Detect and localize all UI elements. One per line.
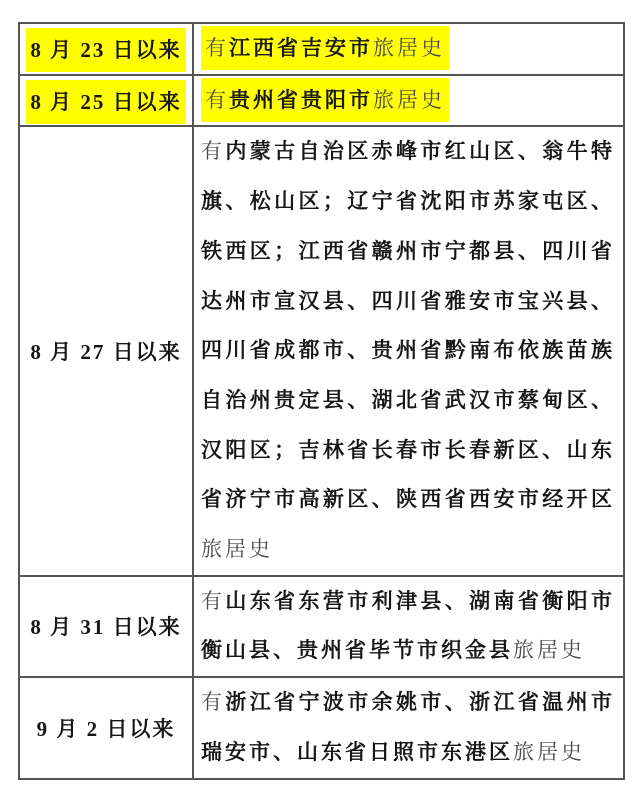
date-text: 8 月 27 日以来 <box>30 340 181 364</box>
history-suffix: 旅居史 <box>513 740 585 764</box>
history-text: 有浙江省宁波市余姚市、浙江省温州市瑞安市、山东省日照市东港区旅居史 <box>201 690 615 764</box>
history-prefix: 有 <box>201 589 225 613</box>
history-prefix: 有 <box>205 36 229 60</box>
history-cell: 有内蒙古自治区赤峰市红山区、翁牛特旗、松山区；辽宁省沈阳市苏家屯区、铁西区；江西… <box>193 126 624 575</box>
date-cell: 8 月 31 日以来 <box>19 576 193 677</box>
date-cell: 8 月 27 日以来 <box>19 126 193 575</box>
page: 8 月 23 日以来 有江西省吉安市旅居史 8 月 25 日以来 有贵州省贵阳市… <box>0 0 643 803</box>
history-suffix: 旅居史 <box>373 36 445 60</box>
table-row: 8 月 27 日以来 有内蒙古自治区赤峰市红山区、翁牛特旗、松山区；辽宁省沈阳市… <box>19 126 624 575</box>
date-cell: 8 月 25 日以来 <box>19 75 193 127</box>
history-cell: 有山东省东营市利津县、湖南省衡阳市衡山县、贵州省毕节市织金县旅居史 <box>193 576 624 677</box>
table-row: 8 月 25 日以来 有贵州省贵阳市旅居史 <box>19 75 624 127</box>
history-places: 内蒙古自治区赤峰市红山区、翁牛特旗、松山区；辽宁省沈阳市苏家屯区、铁西区；江西省… <box>201 139 615 511</box>
history-prefix: 有 <box>201 139 225 163</box>
date-text: 8 月 31 日以来 <box>30 615 181 639</box>
history-cell: 有贵州省贵阳市旅居史 <box>193 75 624 127</box>
history-cell: 有浙江省宁波市余姚市、浙江省温州市瑞安市、山东省日照市东港区旅居史 <box>193 677 624 778</box>
date-cell: 8 月 23 日以来 <box>19 23 193 75</box>
travel-history-table: 8 月 23 日以来 有江西省吉安市旅居史 8 月 25 日以来 有贵州省贵阳市… <box>18 22 625 780</box>
history-text: 有山东省东营市利津县、湖南省衡阳市衡山县、贵州省毕节市织金县旅居史 <box>201 589 615 663</box>
table-row: 8 月 31 日以来 有山东省东营市利津县、湖南省衡阳市衡山县、贵州省毕节市织金… <box>19 576 624 677</box>
date-text: 8 月 23 日以来 <box>26 28 185 72</box>
history-text: 有贵州省贵阳市旅居史 <box>201 78 449 122</box>
history-places: 贵州省贵阳市 <box>229 88 373 112</box>
date-cell: 9 月 2 日以来 <box>19 677 193 778</box>
date-text: 9 月 2 日以来 <box>37 717 176 741</box>
history-prefix: 有 <box>205 88 229 112</box>
date-text: 8 月 25 日以来 <box>26 80 185 124</box>
history-suffix: 旅居史 <box>201 537 273 561</box>
history-cell: 有江西省吉安市旅居史 <box>193 23 624 75</box>
history-text: 有内蒙古自治区赤峰市红山区、翁牛特旗、松山区；辽宁省沈阳市苏家屯区、铁西区；江西… <box>201 139 615 561</box>
history-prefix: 有 <box>201 690 225 714</box>
history-suffix: 旅居史 <box>373 88 445 112</box>
history-places: 江西省吉安市 <box>229 36 373 60</box>
table-row: 8 月 23 日以来 有江西省吉安市旅居史 <box>19 23 624 75</box>
table-row: 9 月 2 日以来 有浙江省宁波市余姚市、浙江省温州市瑞安市、山东省日照市东港区… <box>19 677 624 778</box>
history-suffix: 旅居史 <box>513 638 585 662</box>
history-text: 有江西省吉安市旅居史 <box>201 26 449 70</box>
